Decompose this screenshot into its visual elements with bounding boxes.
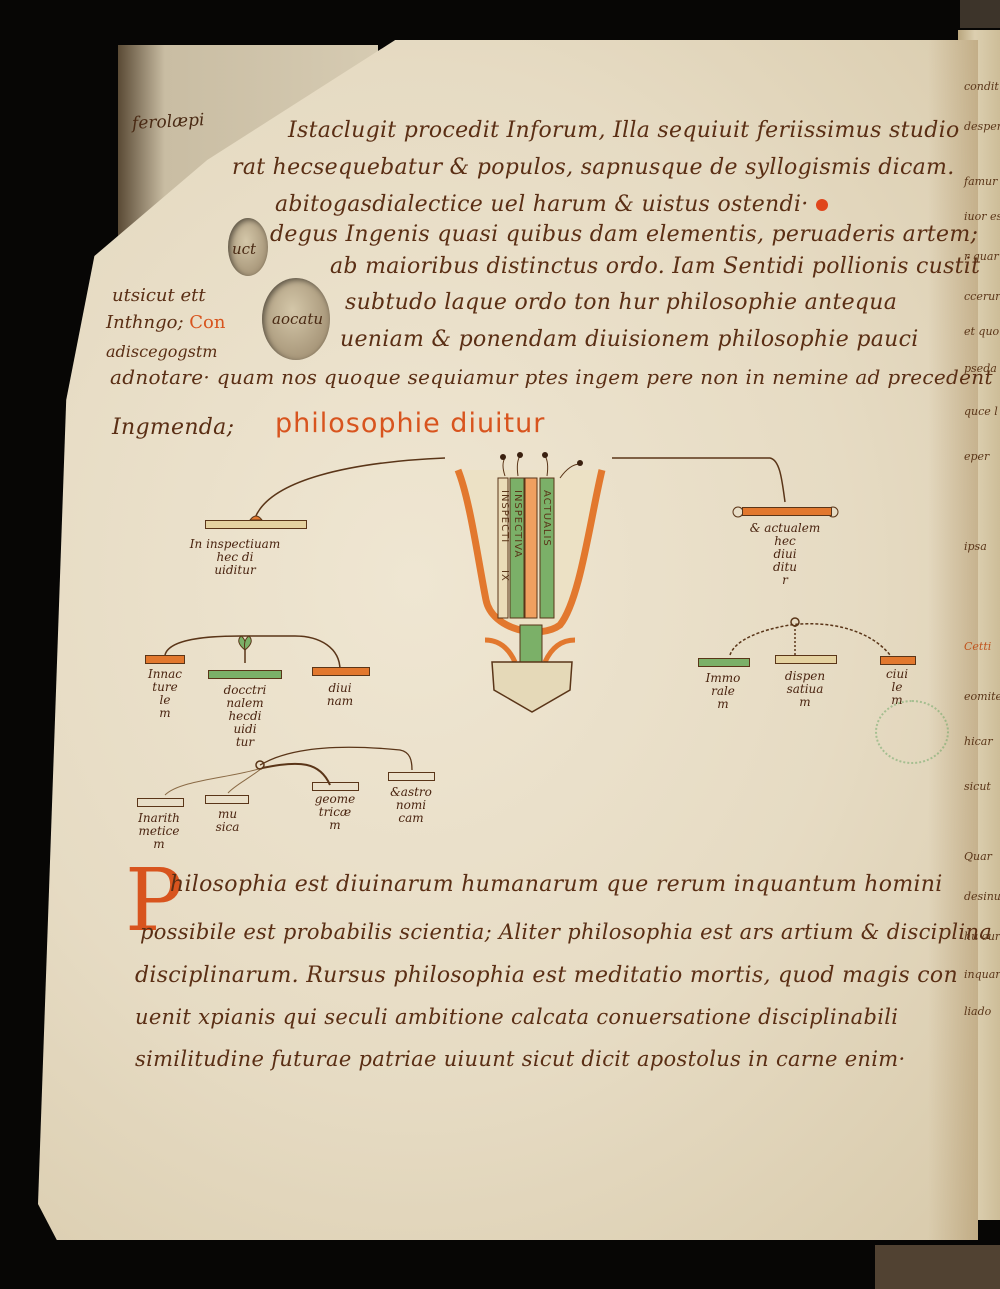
node-diuina: diui nam <box>312 682 368 708</box>
node-bar-inspectiva <box>205 520 307 529</box>
node-actualis: & actualem hec diui ditu r <box>735 522 835 587</box>
facing-leaf-text: desperatio <box>964 120 1000 133</box>
text-line: possibile est probabilis scientia; Alite… <box>140 920 992 944</box>
text-line: rat hecsequebatur & populos, sapnusque d… <box>232 155 955 180</box>
facing-leaf-text: et quo <box>964 325 999 338</box>
text-line: ab maioribus distinctus ordo. Iam Sentid… <box>330 254 980 279</box>
green-stain <box>875 700 949 764</box>
node-bar-moralis <box>698 658 750 667</box>
node-doctrinalis: docctri nalem hecdi uidi tur <box>205 684 285 749</box>
underlying-leaf-text: ferolæpi <box>132 110 205 134</box>
margin-note: utsicut ett <box>112 285 206 306</box>
red-paragraph-mark <box>816 199 828 211</box>
node-musica: mu sica <box>205 808 250 834</box>
node-bar-musica <box>205 795 249 804</box>
text-line: adnotare· quam nos quoque sequiamur ptes… <box>110 365 993 389</box>
facing-leaf-text: ccerur <box>964 290 1000 303</box>
text-line: hilosophia est diuinarum humanarum que r… <box>170 872 943 897</box>
facing-leaf-text: famur <box>964 175 997 188</box>
node-astronomia: &astro nomi cam <box>380 786 442 825</box>
node-bar-dispensatiua <box>775 655 837 664</box>
node-bar-astronomia <box>388 772 435 781</box>
binding-top <box>960 0 1000 28</box>
text-line: disciplinarum. Rursus philosophia est me… <box>135 963 958 988</box>
facing-leaf-text: Cetti <box>964 640 991 653</box>
facing-leaf-text: hu cur <box>964 930 1000 943</box>
flower-label: INSPECTIVA <box>512 490 523 558</box>
facing-leaf-text: sicut <box>964 780 991 793</box>
rubric-heading: philosophie diuitur <box>275 408 545 439</box>
node-geometria: geome tricæ m <box>305 793 365 832</box>
facing-leaf-text: liado <box>964 1005 991 1018</box>
node-bar-diuina <box>312 667 370 676</box>
facing-leaf-text: ipsa <box>964 540 987 553</box>
facing-leaf-text: eomite <box>964 690 1000 703</box>
facing-leaf-text: Quar <box>964 850 992 863</box>
text-line: Istaclugit procedit Inforum, Illa sequiu… <box>288 118 960 143</box>
facing-leaf-text: r quar <box>964 250 999 263</box>
text-line: Ingmenda; <box>112 415 234 440</box>
text-line: similitudine futurae patriae uiuunt sicu… <box>135 1047 905 1071</box>
node-bar-ciuilis <box>880 656 916 665</box>
node-bar-geometria <box>312 782 359 791</box>
node-arithmetica: Inarith metice m <box>130 812 188 851</box>
text-line: subtudo laque ordo ton hur philosophie a… <box>345 290 897 315</box>
node-inspectiva: In inspectiuam hec di uiditur <box>180 538 290 577</box>
facing-leaf-text: desinu <box>964 890 1000 903</box>
text-line: abitogasdialectice uel harum & uistus os… <box>275 192 828 217</box>
node-naturalis: Innac ture le m <box>140 668 190 720</box>
facing-leaf-text: quce l <box>964 405 998 418</box>
facing-leaf-text: inquar <box>964 968 1000 981</box>
facing-leaf-text: hicar <box>964 735 993 748</box>
text-line: uenit xpianis qui seculi ambitione calca… <box>135 1005 898 1029</box>
node-bar-doctrinalis <box>208 670 282 679</box>
node-dispensatiua: dispen satiua m <box>770 670 840 709</box>
facing-leaf-text: iuor esse <box>964 210 1000 223</box>
node-bar-arithmetica <box>137 798 184 807</box>
facing-leaf-text: pseda <box>964 362 997 375</box>
facing-leaf-text: eper <box>964 450 989 463</box>
node-moralis: Immo rale m <box>695 672 751 711</box>
flower-label: IX <box>499 570 510 582</box>
flower-label: ACTUALIS <box>541 490 552 547</box>
node-bar-naturalis <box>145 655 185 664</box>
node-bar-actualis <box>742 507 832 516</box>
node-ciuilis: ciui le m <box>876 668 918 707</box>
facing-leaf-text: condit nom <box>964 80 1000 93</box>
flower-label: INSPECTI <box>499 490 510 543</box>
hole-text: aocatu <box>272 310 323 328</box>
text-line: ueniam & ponendam diuisionem philosophie… <box>340 327 919 352</box>
binding-bottom <box>875 1245 1000 1289</box>
hole-text: uct <box>232 240 256 258</box>
margin-note: adiscegogstm <box>106 342 217 361</box>
text-line: degus Ingenis quasi quibus dam elementis… <box>270 222 978 247</box>
margin-note: Inthngo; Con <box>106 312 225 333</box>
